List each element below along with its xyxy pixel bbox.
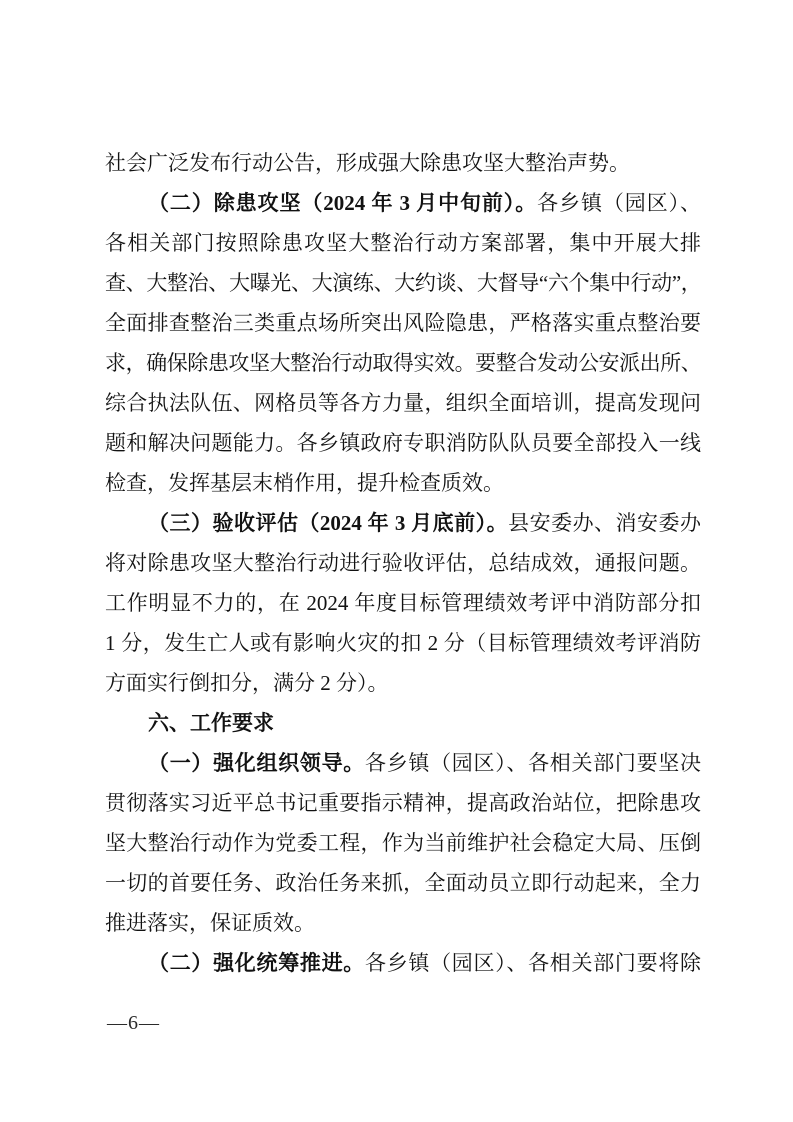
text-run: 查、大整治、大曝光、大演练、大约谈、大督导“六个集中行动”， [105, 271, 701, 295]
text-run: 方面实行倒扣分，满分 2 分）。 [105, 671, 389, 695]
text-run: 贯彻落实习近平总书记重要指示精神，提高政治站位，把除患攻 [105, 791, 701, 815]
text-run: 题和解决问题能力。各乡镇政府专职消防队队员要全部投入一线 [105, 431, 701, 455]
text-run-bold: （二）强化统筹推进。 [148, 951, 365, 975]
text-run: 推进落实，保证质效。 [105, 911, 315, 935]
text-run-bold: （二）除患攻坚（2024 年 3 月中旬前）。 [148, 191, 537, 215]
text-line: 坚大整治行动作为党委工程，作为当前维护社会稳定大局、压倒 [105, 823, 701, 863]
page-number: —6— [107, 1003, 160, 1043]
text-line: 题和解决问题能力。各乡镇政府专职消防队队员要全部投入一线 [105, 423, 701, 463]
text-run: 一切的首要任务、政治任务来抓，全面动员立即行动起来，全力 [105, 871, 701, 895]
text-run: 社会广泛发布行动公告，形成强大除患攻坚大整治声势。 [105, 151, 630, 175]
text-run: 将对除患攻坚大整治行动进行验收评估，总结成效，通报问题。 [105, 551, 701, 575]
text-run: 综合执法队伍、网格员等各方力量，组织全面培训，提高发现问 [105, 391, 701, 415]
document-page: 社会广泛发布行动公告，形成强大除患攻坚大整治声势。 （二）除患攻坚（2024 年… [0, 0, 793, 1122]
text-line: 一切的首要任务、政治任务来抓，全面动员立即行动起来，全力 [105, 863, 701, 903]
text-run: 求，确保除患攻坚大整治行动取得实效。要整合发动公安派出所、 [105, 351, 701, 375]
text-line: 工作明显不力的，在 2024 年度目标管理绩效考评中消防部分扣 [105, 583, 701, 623]
text-run: 各乡镇（园区）、各相关部门要坚决 [365, 751, 701, 775]
text-line: （二）强化统筹推进。各乡镇（园区）、各相关部门要将除 [105, 943, 701, 983]
text-line: 各相关部门按照除患攻坚大整治行动方案部署，集中开展大排 [105, 223, 701, 263]
text-run-bold: （一）强化组织领导。 [148, 751, 365, 775]
text-line: （一）强化组织领导。各乡镇（园区）、各相关部门要坚决 [105, 743, 701, 783]
text-line: 求，确保除患攻坚大整治行动取得实效。要整合发动公安派出所、 [105, 343, 701, 383]
text-line: 全面排查整治三类重点场所突出风险隐患，严格落实重点整治要 [105, 303, 701, 343]
text-line: 检查，发挥基层末梢作用，提升检查质效。 [105, 463, 701, 503]
section-heading: 六、工作要求 [105, 703, 701, 743]
text-line: 方面实行倒扣分，满分 2 分）。 [105, 663, 701, 703]
text-line: 查、大整治、大曝光、大演练、大约谈、大督导“六个集中行动”， [105, 263, 701, 303]
text-run: 1 分，发生亡人或有影响火灾的扣 2 分（目标管理绩效考评消防 [105, 631, 701, 655]
text-run: 坚大整治行动作为党委工程，作为当前维护社会稳定大局、压倒 [105, 831, 701, 855]
text-run-bold: 六、工作要求 [148, 711, 274, 735]
text-run: 各相关部门按照除患攻坚大整治行动方案部署，集中开展大排 [105, 231, 701, 255]
text-run: 全面排查整治三类重点场所突出风险隐患，严格落实重点整治要 [105, 311, 701, 335]
text-run: 检查，发挥基层末梢作用，提升检查质效。 [105, 471, 504, 495]
text-run: 工作明显不力的，在 2024 年度目标管理绩效考评中消防部分扣 [105, 591, 701, 615]
text-line: 综合执法队伍、网格员等各方力量，组织全面培训，提高发现问 [105, 383, 701, 423]
text-line: 将对除患攻坚大整治行动进行验收评估，总结成效，通报问题。 [105, 543, 701, 583]
text-run-bold: （三）验收评估（2024 年 3 月底前）。 [148, 511, 508, 535]
document-body: 社会广泛发布行动公告，形成强大除患攻坚大整治声势。 （二）除患攻坚（2024 年… [105, 143, 701, 983]
text-line: 社会广泛发布行动公告，形成强大除患攻坚大整治声势。 [105, 143, 701, 183]
text-line: 贯彻落实习近平总书记重要指示精神，提高政治站位，把除患攻 [105, 783, 701, 823]
text-line: 推进落实，保证质效。 [105, 903, 701, 943]
text-run: 县安委办、消安委办 [508, 511, 701, 535]
text-run: 各乡镇（园区）、各相关部门要将除 [365, 951, 701, 975]
text-line: （二）除患攻坚（2024 年 3 月中旬前）。各乡镇（园区）、 [105, 183, 701, 223]
text-line: 1 分，发生亡人或有影响火灾的扣 2 分（目标管理绩效考评消防 [105, 623, 701, 663]
text-run: 各乡镇（园区）、 [537, 191, 701, 215]
text-line: （三）验收评估（2024 年 3 月底前）。县安委办、消安委办 [105, 503, 701, 543]
